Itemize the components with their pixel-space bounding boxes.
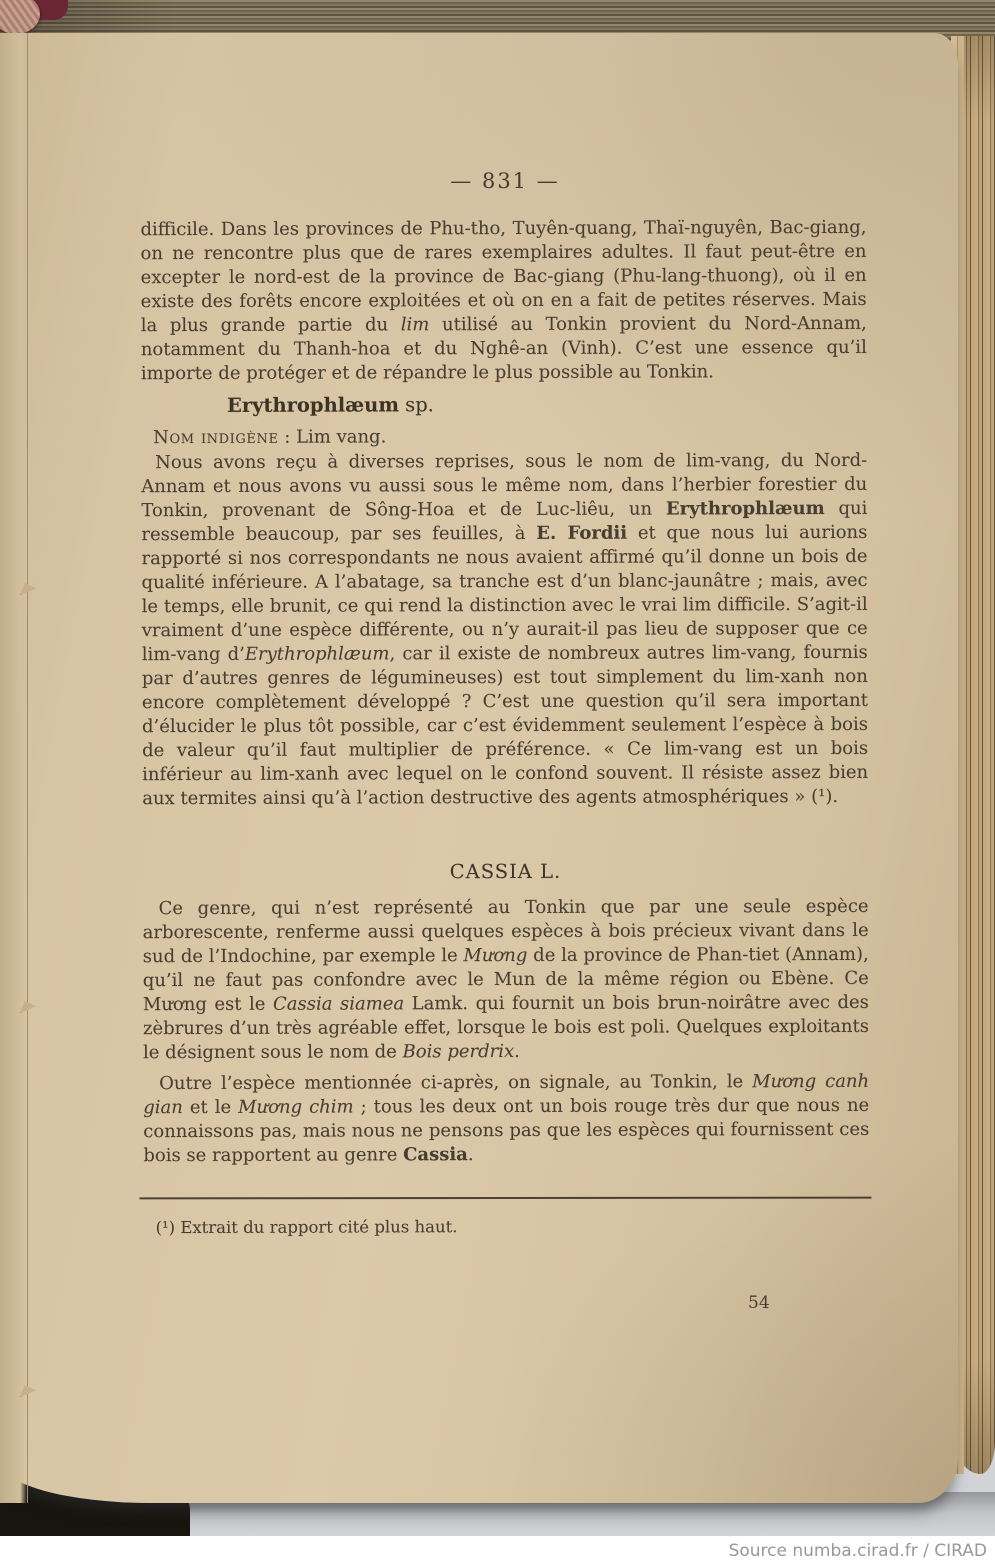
nom-indigene-line: Nom indigène : Lim vang. <box>153 424 867 450</box>
paragraph-cassia-1: Ce genre, qui n’est représenté au Tonkin… <box>143 895 870 1065</box>
page-gutter-strip <box>0 33 28 1503</box>
paragraph-erythrophlaeum: Nous avons reçu à diverses reprises, sou… <box>141 449 868 811</box>
watermark-text: Source numba.cirad.fr / CIRAD <box>729 1541 995 1561</box>
paragraph-cassia-2: Outre l’espèce mentionnée ci-après, on s… <box>143 1070 869 1168</box>
section-heading-erythrophlaeum: Erythrophlæum sp. <box>227 392 867 418</box>
text-column: difficile. Dans les provinces de Phu-tho… <box>140 216 869 1240</box>
paper-nick <box>20 1385 36 1397</box>
footnote-rule <box>139 1197 871 1200</box>
signature-mark: 54 <box>748 1293 770 1313</box>
footnote: (¹) Extrait du rapport cité plus haut. <box>156 1214 870 1240</box>
watermark-bar: Source numba.cirad.fr / CIRAD <box>0 1536 995 1566</box>
scanned-book-photo: — 831 — difficile. Dans les provinces de… <box>0 0 995 1566</box>
book-page: — 831 — difficile. Dans les provinces de… <box>0 33 958 1503</box>
paper-nick <box>20 1001 36 1013</box>
paper-nick <box>20 583 36 595</box>
page-number: — 831 — <box>142 169 868 193</box>
paragraph-lim-continuation: difficile. Dans les provinces de Phu-tho… <box>140 216 867 386</box>
section-heading-cassia: CASSIA L. <box>142 859 868 885</box>
